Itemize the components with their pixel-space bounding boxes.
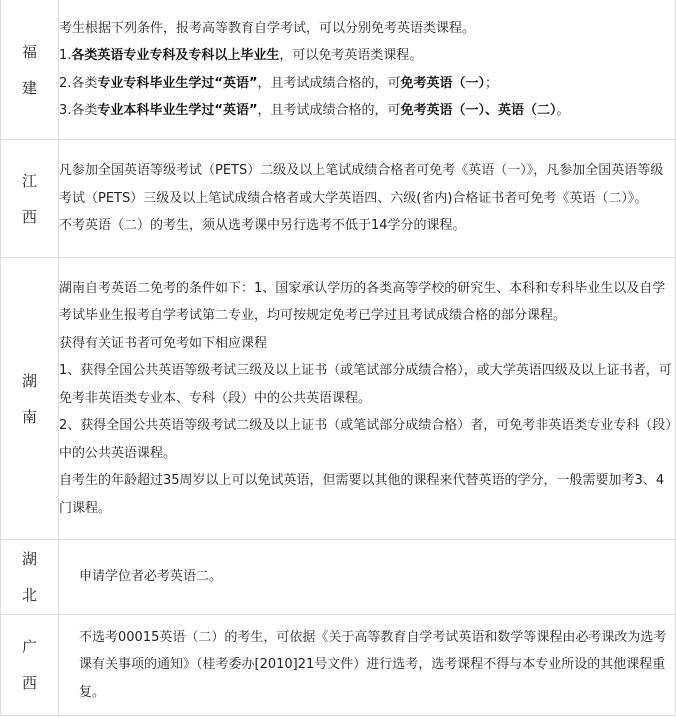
text: ，可以免考英语类课程。 <box>279 48 422 63</box>
province-cell-hubei: 湖 北 <box>1 540 59 615</box>
bold-text: 各类英语专业专科及专科以上毕业生 <box>71 48 279 63</box>
province-cell-guangxi: 广 西 <box>1 615 59 716</box>
paragraph: 不选考00015英语（二）的考生，可依据《关于高等教育自学考试英语和数学等课程由… <box>79 624 675 707</box>
province-char: 北 <box>1 577 58 613</box>
paragraph: 自考生的年龄超过35周岁以上可以免试英语，但需要以其他的课程来代替英语的学分，一… <box>59 467 675 522</box>
bold-text: 免考英语（一）、英语（二） <box>401 103 557 118</box>
exemption-table: 福 建 考生根据下列条件，报考高等教育自学考试，可以分别免考英语类课程。 1.各… <box>0 0 676 716</box>
paragraph: 考生根据下列条件，报考高等教育自学考试，可以分别免考英语类课程。 <box>59 15 675 43</box>
table-row-hunan: 湖 南 湖南自考英语二免考的条件如下：1、国家承认学历的各类高等学校的研究生、本… <box>1 258 676 540</box>
province-char: 西 <box>1 199 58 235</box>
text: 3.各类 <box>59 103 97 118</box>
paragraph: 1、获得全国公共英语等级考试三级及以上证书（或笔试部分成绩合格），或大学英语四级… <box>59 357 675 412</box>
text: 2.各类 <box>59 76 97 91</box>
paragraph: 3.各类专业本科毕业生学过“英语”，且考试成绩合格的，可免考英语（一）、英语（二… <box>59 97 675 125</box>
province-char: 广 <box>1 629 58 665</box>
table-row-guangxi: 广 西 不选考00015英语（二）的考生，可依据《关于高等教育自学考试英语和数学… <box>1 615 676 716</box>
text: 1. <box>59 48 71 63</box>
paragraph: 凡参加全国英语等级考试（PETS）二级及以上笔试成绩合格者可免考《英语（一）》，… <box>59 157 675 212</box>
paragraph: 2、获得全国公共英语等级考试二级及以上证书（或笔试部分成绩合格）者，可免考非英语… <box>59 412 675 467</box>
paragraph: 申请学位者必考英语二。 <box>79 563 675 591</box>
table-row-jiangxi: 江 西 凡参加全国英语等级考试（PETS）二级及以上笔试成绩合格者可免考《英语（… <box>1 140 676 258</box>
paragraph: 不考英语（二）的考生，须从选考课中另行选考不低于14学分的课程。 <box>59 212 675 240</box>
content-cell-hunan: 湖南自考英语二免考的条件如下：1、国家承认学历的各类高等学校的研究生、本科和专科… <box>59 258 676 540</box>
text: 考生根据下列条件，报考高等教育自学考试，可以分别免考英语类课程。 <box>59 21 475 36</box>
bold-text: 免考英语（一） <box>401 76 486 91</box>
province-char: 南 <box>1 399 58 435</box>
province-char: 建 <box>1 70 58 106</box>
province-cell-jiangxi: 江 西 <box>1 140 59 258</box>
province-char: 福 <box>1 34 58 70</box>
text: ； <box>485 76 498 91</box>
paragraph: 湖南自考英语二免考的条件如下：1、国家承认学历的各类高等学校的研究生、本科和专科… <box>59 275 675 330</box>
table-row-hubei: 湖 北 申请学位者必考英语二。 <box>1 540 676 615</box>
content-cell-jiangxi: 凡参加全国英语等级考试（PETS）二级及以上笔试成绩合格者可免考《英语（一）》，… <box>59 140 676 258</box>
text: ，且考试成绩合格的，可 <box>258 76 401 91</box>
province-char: 湖 <box>1 363 58 399</box>
province-char: 湖 <box>1 541 58 577</box>
content-cell-hubei: 申请学位者必考英语二。 <box>59 540 676 615</box>
province-cell-hunan: 湖 南 <box>1 258 59 540</box>
province-char: 西 <box>1 665 58 701</box>
bold-text: 专业专科毕业生学过“英语” <box>97 76 257 91</box>
province-cell-fujian: 福 建 <box>1 0 59 140</box>
province-char: 江 <box>1 163 58 199</box>
paragraph: 2.各类专业专科毕业生学过“英语”，且考试成绩合格的，可免考英语（一）； <box>59 70 675 98</box>
content-cell-guangxi: 不选考00015英语（二）的考生，可依据《关于高等教育自学考试英语和数学等课程由… <box>59 615 676 716</box>
bold-text: 专业本科毕业生学过“英语” <box>97 103 257 118</box>
table-row-fujian: 福 建 考生根据下列条件，报考高等教育自学考试，可以分别免考英语类课程。 1.各… <box>1 0 676 140</box>
content-cell-fujian: 考生根据下列条件，报考高等教育自学考试，可以分别免考英语类课程。 1.各类英语专… <box>59 0 676 140</box>
paragraph: 获得有关证书者可免考如下相应课程 <box>59 330 675 358</box>
text: 。 <box>557 103 570 118</box>
text: ，且考试成绩合格的，可 <box>258 103 401 118</box>
paragraph: 1.各类英语专业专科及专科以上毕业生，可以免考英语类课程。 <box>59 42 675 70</box>
